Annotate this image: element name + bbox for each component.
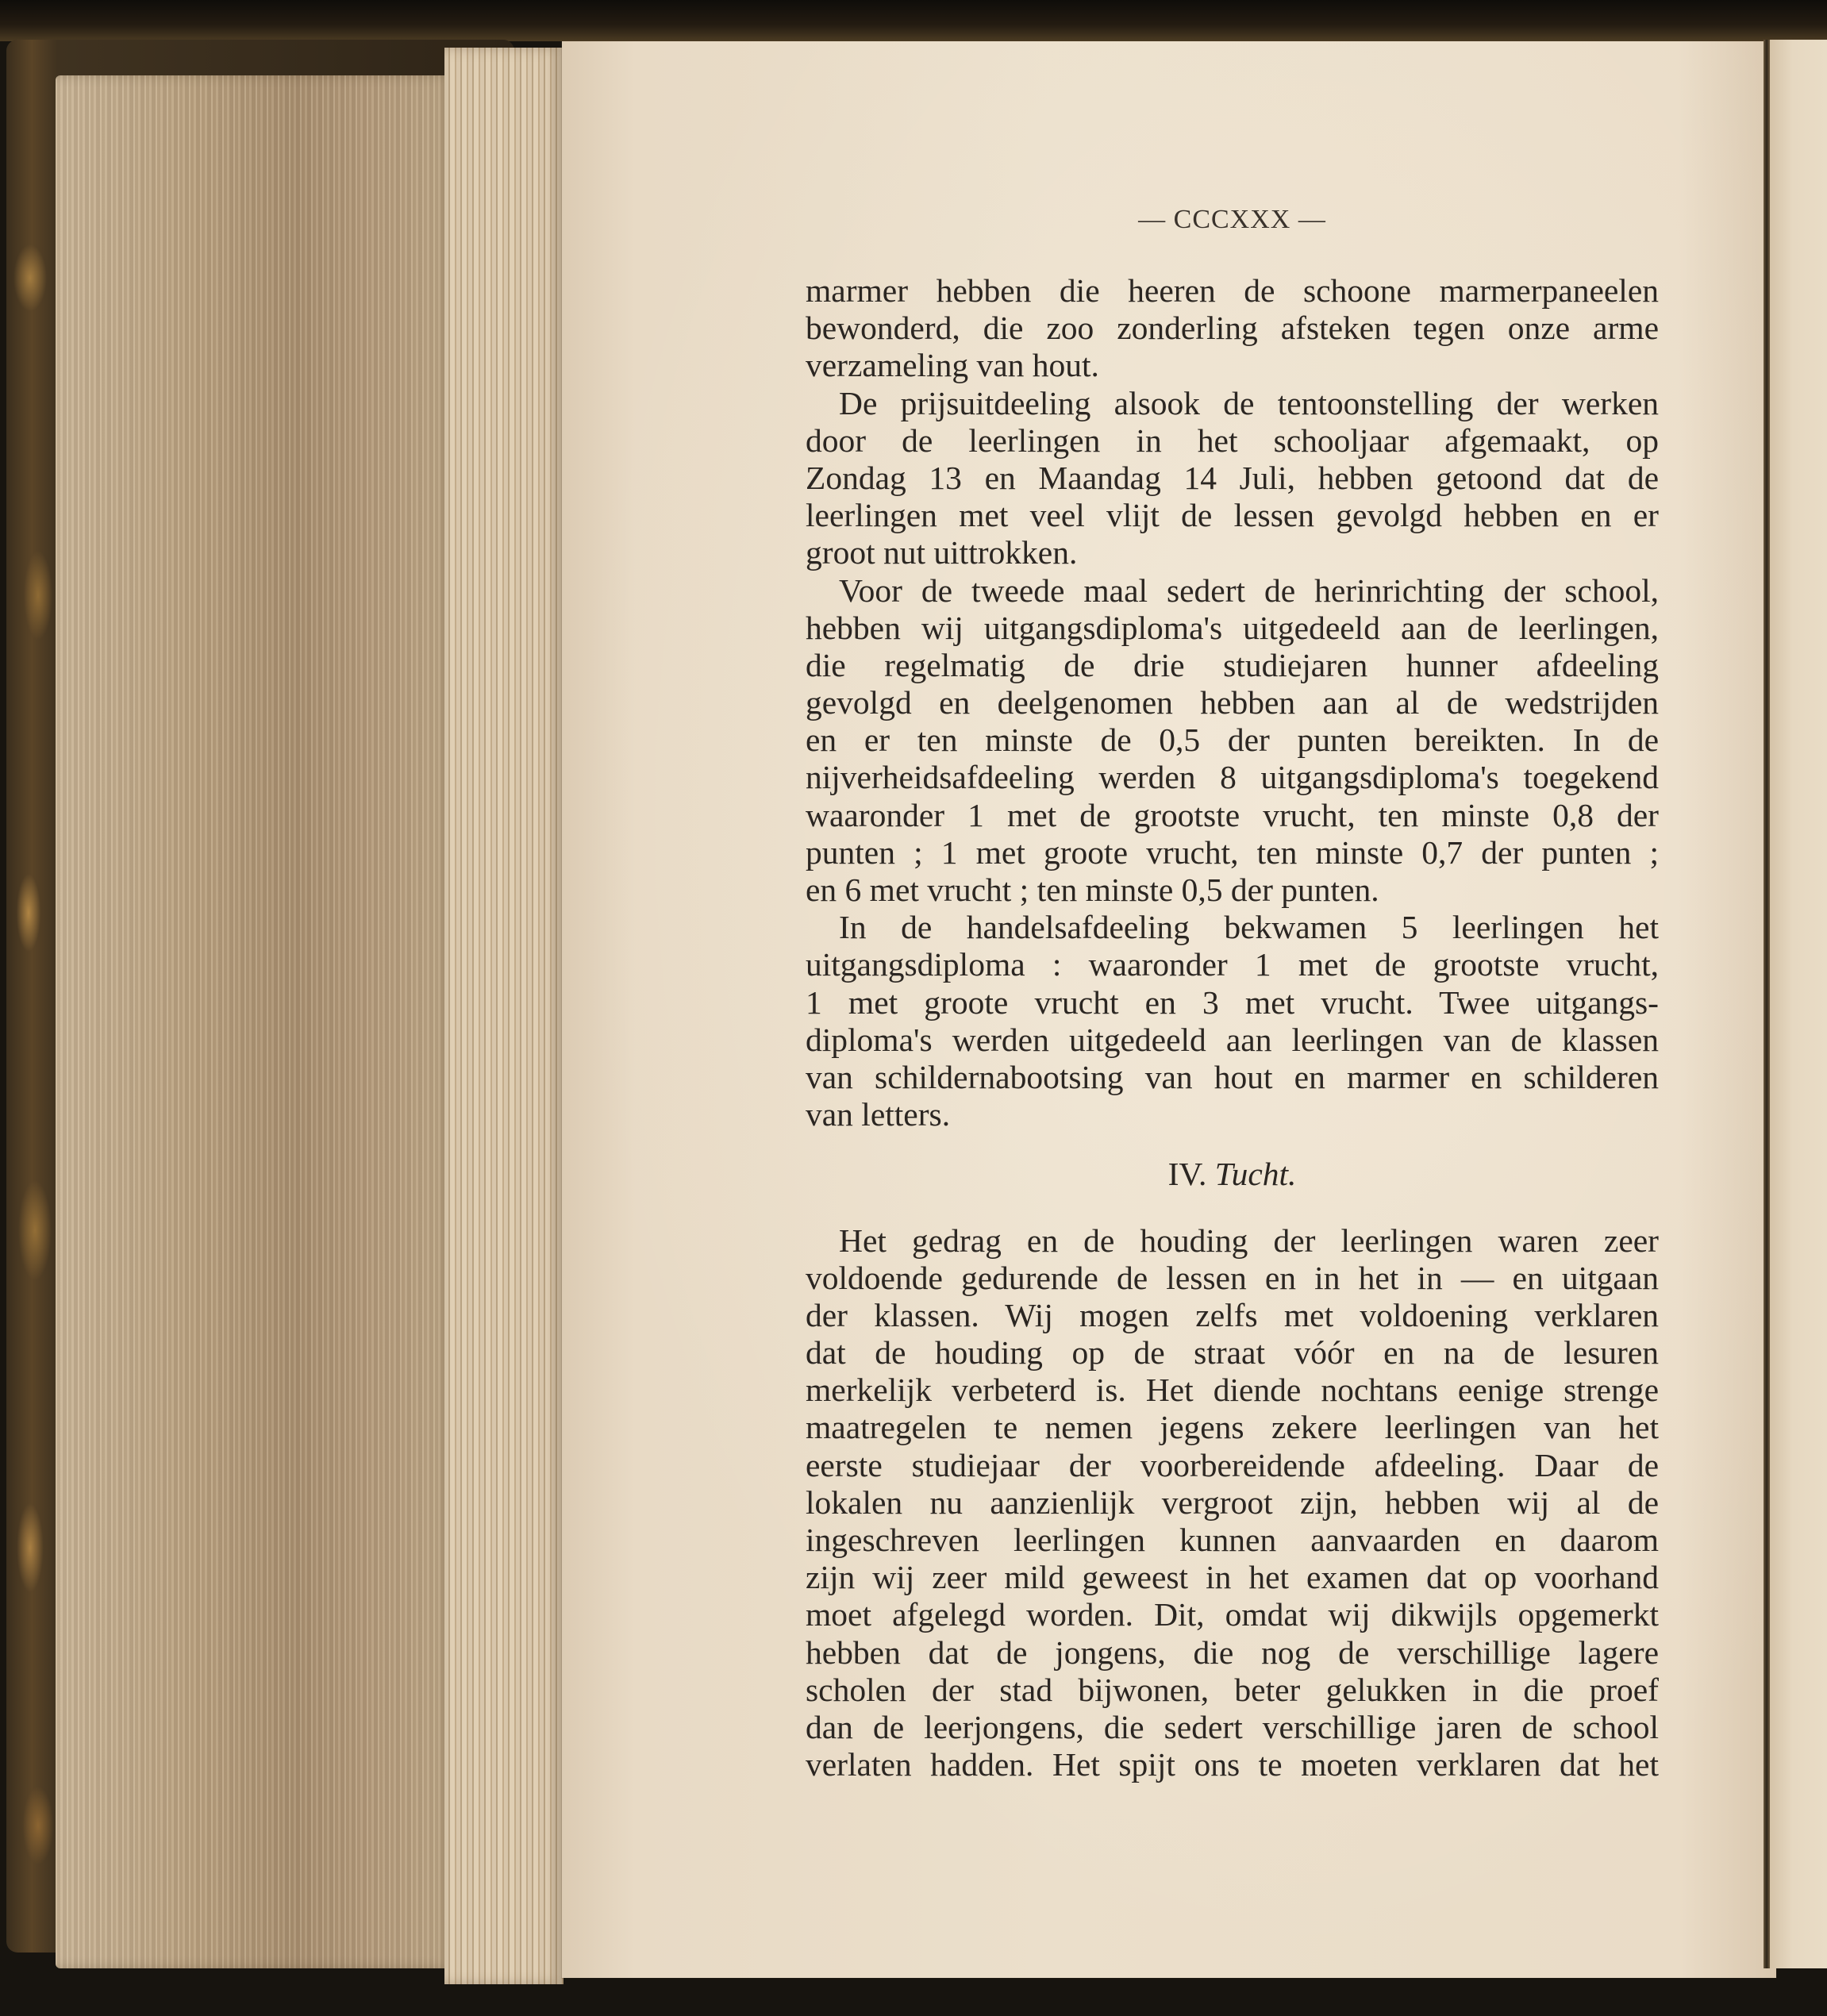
text-line: leerlingen met veel vlijt de lessen gevo… (806, 497, 1659, 534)
page-gutter (1764, 40, 1770, 1968)
text-line: diploma's werden uitgedeeld aan leerling… (806, 1021, 1659, 1059)
text-line: De prijsuitdeeling alsook de tentoonstel… (806, 385, 1659, 422)
text-line: merkelijk verbeterd is. Het diende nocht… (806, 1372, 1659, 1409)
text-line: der klassen. Wij mogen zelfs met voldoen… (806, 1297, 1659, 1334)
text-line: en 6 met vrucht ; ten minste 0,5 der pun… (806, 871, 1659, 909)
text-line: Zondag 13 en Maandag 14 Juli, hebben get… (806, 460, 1659, 497)
text-line: hebben wij uitgangsdiploma's uitgedeeld … (806, 610, 1659, 647)
page-body-text: marmer hebben die heeren de schoone marm… (806, 272, 1659, 1783)
text-line: scholen der stad bijwonen, beter gelukke… (806, 1672, 1659, 1709)
text-line: moet afgelegd worden. Dit, omdat wij dik… (806, 1596, 1659, 1633)
text-line: gevolgd en deelgenomen hebben aan al de … (806, 684, 1659, 721)
text-line: van letters. (806, 1096, 1659, 1133)
text-line: nijverheidsafdeeling werden 8 uitgangsdi… (806, 759, 1659, 796)
section-heading: IV. Tucht. (806, 1156, 1659, 1193)
text-line: dat de houding op de straat vóór en na d… (806, 1334, 1659, 1372)
text-line: verlaten hadden. Het spijt ons te moeten… (806, 1746, 1659, 1783)
text-line: Voor de tweede maal sedert de herinricht… (806, 572, 1659, 610)
paragraph: De prijsuitdeeling alsook de tentoonstel… (806, 385, 1659, 572)
paragraph: marmer hebben die heeren de schoone marm… (806, 272, 1659, 385)
text-line: uitgangsdiploma : waaronder 1 met de gro… (806, 946, 1659, 983)
text-line: hebben dat de jongens, die nog de versch… (806, 1634, 1659, 1672)
text-line: zijn wij zeer mild geweest in het examen… (806, 1559, 1659, 1596)
text-line: waaronder 1 met de grootste vrucht, ten … (806, 797, 1659, 834)
text-line: voldoende gedurende de lessen en in het … (806, 1260, 1659, 1297)
text-line: dan de leerjongens, die sedert verschill… (806, 1709, 1659, 1746)
text-line: marmer hebben die heeren de schoone marm… (806, 272, 1659, 310)
text-line: In de handelsafdeeling bekwamen 5 leerli… (806, 909, 1659, 946)
text-line: door de leerlingen in het schooljaar afg… (806, 422, 1659, 460)
adjacent-page-edge (1770, 40, 1827, 1968)
text-line: punten ; 1 met groote vrucht, ten minste… (806, 834, 1659, 871)
fanned-page-edges (444, 48, 563, 1984)
section-title: Tucht. (1215, 1156, 1297, 1192)
book-cover-top-rim (0, 0, 1827, 41)
text-line: eerste studiejaar der voorbereidende afd… (806, 1447, 1659, 1484)
text-line: verzameling van hout. (806, 347, 1659, 384)
text-line: groot nut uittrokken. (806, 534, 1659, 571)
text-line: ingeschreven leerlingen kunnen aanvaarde… (806, 1522, 1659, 1559)
text-line: van schildernabootsing van hout en marme… (806, 1059, 1659, 1096)
paragraph: In de handelsafdeeling bekwamen 5 leerli… (806, 909, 1659, 1133)
page-stack-edges (56, 75, 452, 1968)
paragraph: Voor de tweede maal sedert de herinricht… (806, 572, 1659, 910)
section-numeral: IV. (1168, 1156, 1207, 1192)
text-line: en er ten minste de 0,5 der punten berei… (806, 721, 1659, 759)
paragraph: Het gedrag en de houding der leerlingen … (806, 1222, 1659, 1784)
text-line: maatregelen te nemen jegens zekere leerl… (806, 1409, 1659, 1446)
running-head-page-number: — CCCXXX — (806, 205, 1659, 235)
text-line: die regelmatig de drie studiejaren hunne… (806, 647, 1659, 684)
text-line: bewonderd, die zoo zonderling afsteken t… (806, 310, 1659, 347)
text-line: Het gedrag en de houding der leerlingen … (806, 1222, 1659, 1260)
text-line: 1 met groote vrucht en 3 met vrucht. Twe… (806, 984, 1659, 1021)
text-line: lokalen nu aanzienlijk vergroot zijn, he… (806, 1484, 1659, 1522)
